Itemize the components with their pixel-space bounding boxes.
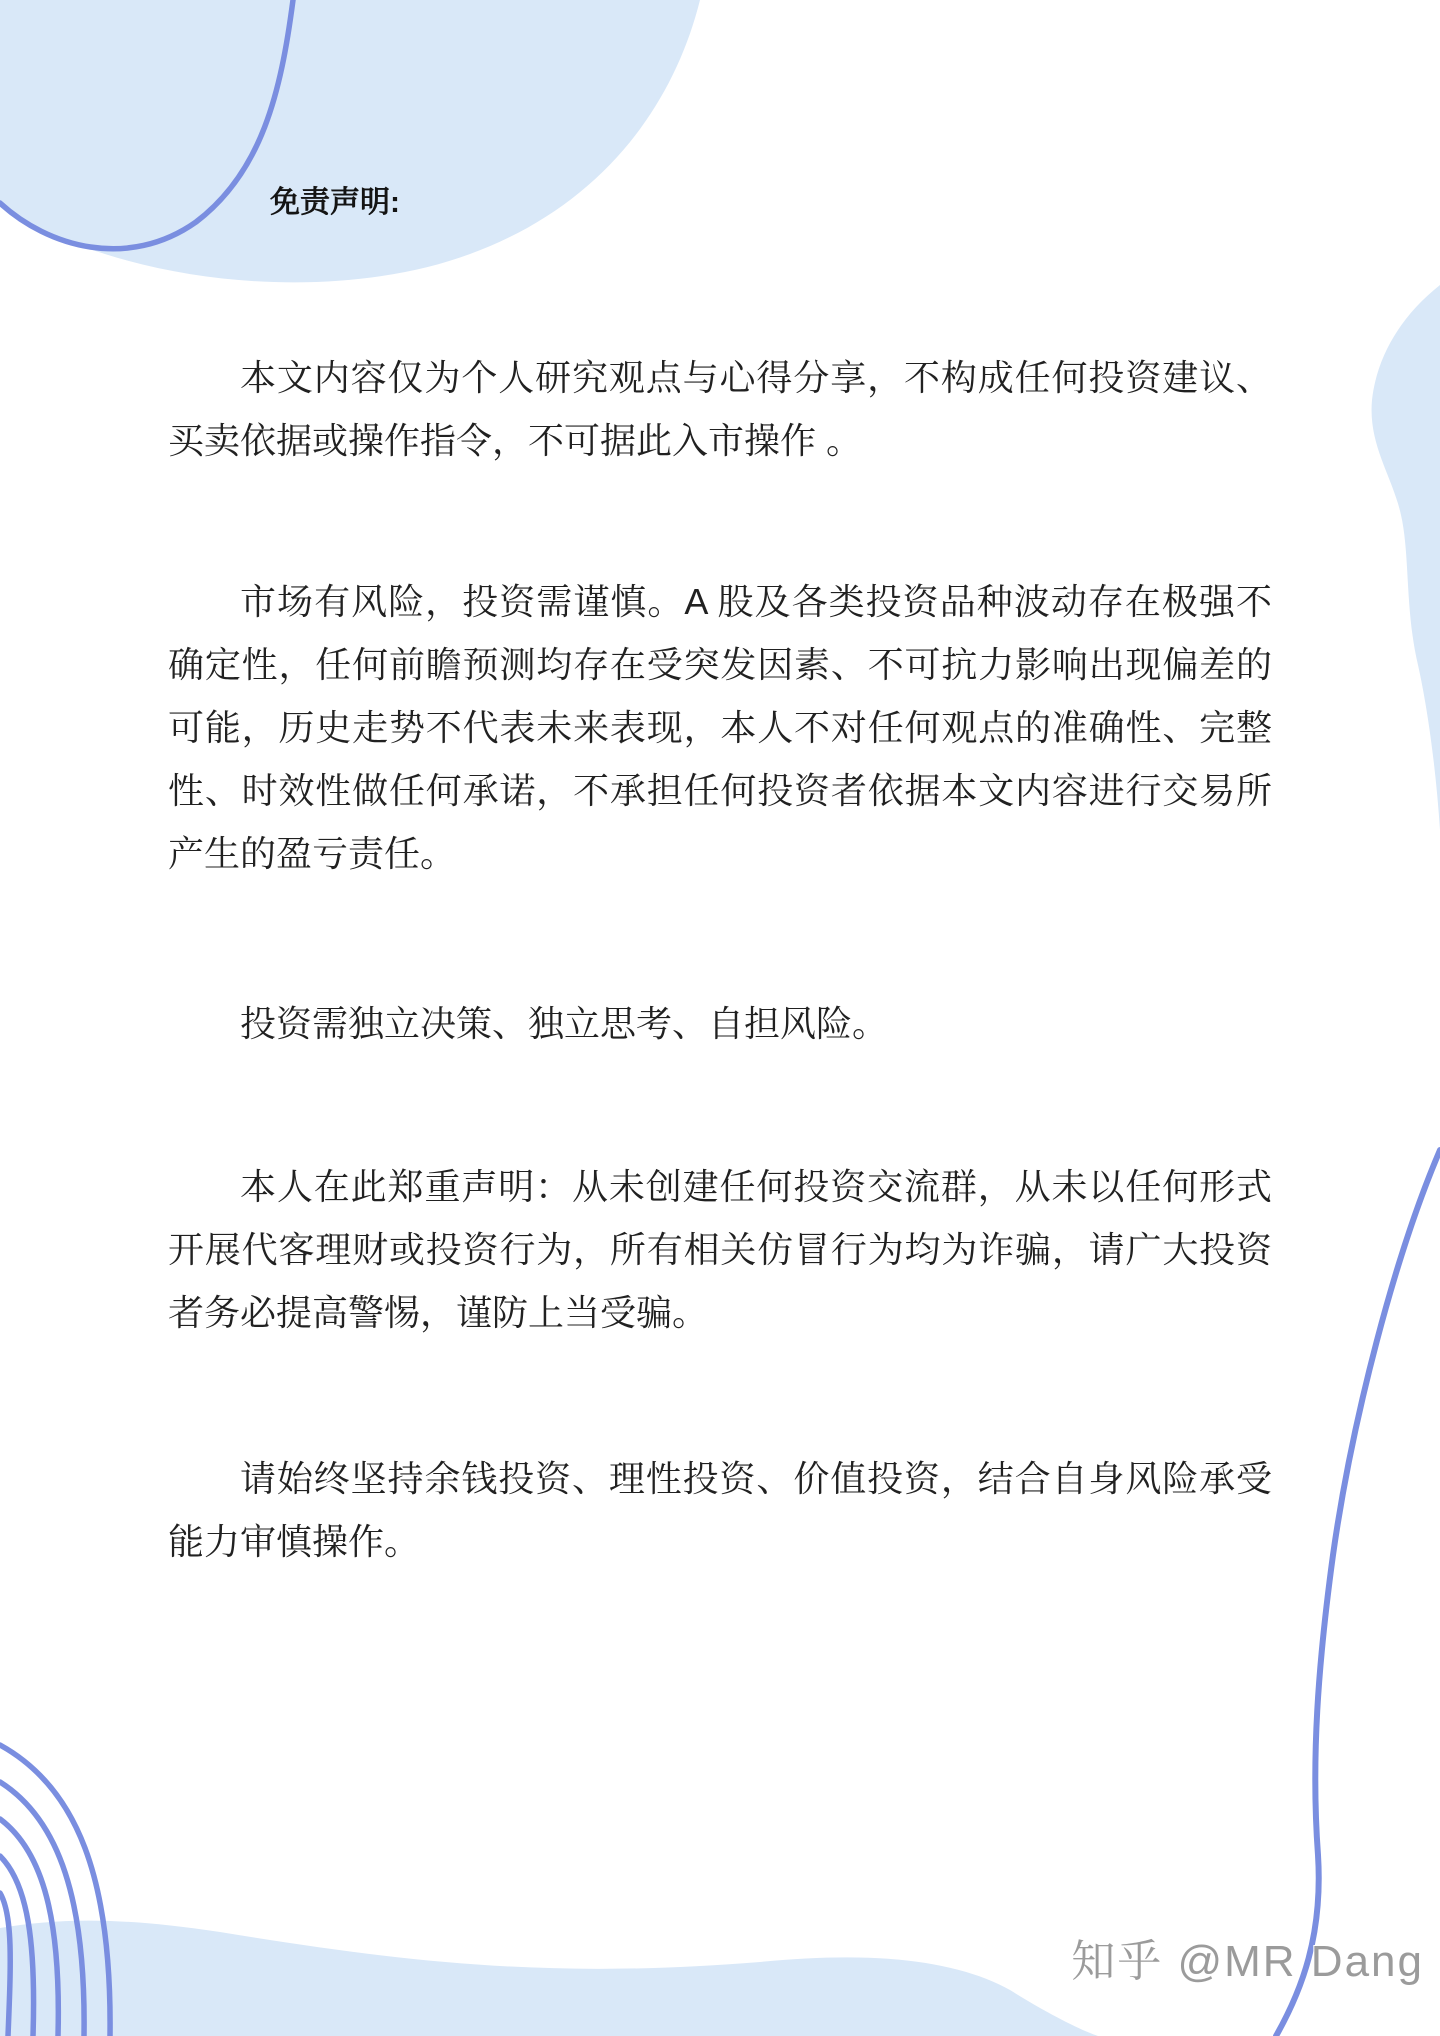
disclaimer-paragraph-3: 投资需独立决策、独立思考、自担风险。	[168, 992, 1272, 1055]
disclaimer-paragraph-2: 市场有风险，投资需谨慎。A 股及各类投资品种波动存在极强不确定性，任何前瞻预测均…	[168, 570, 1272, 885]
bottom-wave-blob	[0, 1921, 1098, 2036]
watermark: 知乎 @MR Dang	[1071, 1936, 1424, 1988]
watermark-text: 知乎 @MR Dang	[1071, 1937, 1424, 1986]
disclaimer-paragraph-4: 本人在此郑重声明：从未创建任何投资交流群，从未以任何形式开展代客理财或投资行为，…	[168, 1155, 1272, 1344]
disclaimer-paragraph-5: 请始终坚持余钱投资、理性投资、价值投资，结合自身风险承受能力审慎操作。	[168, 1447, 1272, 1573]
disclaimer-paragraph-1: 本文内容仅为个人研究观点与心得分享，不构成任何投资建议、买卖依据或操作指令，不可…	[168, 346, 1272, 472]
top-left-blob	[0, 0, 700, 282]
disclaimer-title: 免责声明:	[270, 184, 400, 222]
disclaimer-page: 免责声明: 本文内容仅为个人研究观点与心得分享，不构成任何投资建议、买卖依据或操…	[0, 0, 1440, 2036]
bottom-right-curve-line	[1276, 1150, 1440, 2036]
right-edge-blob	[1372, 285, 1440, 830]
